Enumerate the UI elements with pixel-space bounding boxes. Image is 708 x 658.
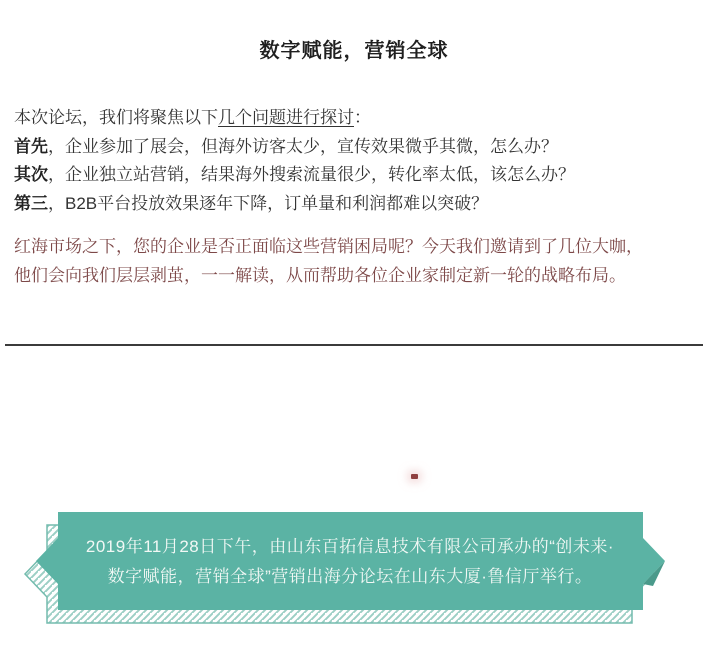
article-page: 数字赋能，营销全球 本次论坛，我们将聚焦以下几个问题进行探讨： 首先，企业参加了… — [0, 0, 708, 658]
summary-line-1: 红海市场之下，您的企业是否正面临这些营销困局呢？今天我们邀请到了几位大咖， — [14, 233, 700, 262]
section-divider — [5, 344, 703, 346]
point-label-second: 其次 — [14, 165, 48, 184]
point-text-first: ，企业参加了展会，但海外访客太少，宣传效果微乎其微，怎么办？ — [48, 137, 558, 156]
point-label-first: 首先 — [14, 137, 48, 156]
summary-line-2: 他们会向我们层层剥茧，一一解读，从而帮助各位企业家制定新一轮的战略布局。 — [14, 262, 700, 291]
point-line-first: 首先，企业参加了展会，但海外访客太少，宣传效果微乎其微，怎么办？ — [14, 133, 700, 162]
intro-underlined-text: 几个问题进行探讨 — [218, 108, 354, 127]
intro-colon: ： — [354, 108, 371, 127]
intro-prefix: 本次论坛，我们将聚焦以下 — [14, 108, 218, 127]
point-line-second: 其次，企业独立站营销，结果海外搜索流量很少，转化率太低，该怎么办？ — [14, 161, 700, 190]
banner-text: 2019年11月28日下午，由山东百拓信息技术有限公司承办的“创未来· 数字赋能… — [40, 532, 660, 592]
page-title: 数字赋能，营销全球 — [0, 34, 708, 63]
point-text-third: ，B2B平台投放效果逐年下降，订单量和利润都难以突破？ — [48, 194, 488, 213]
point-line-third: 第三，B2B平台投放效果逐年下降，订单量和利润都难以突破？ — [14, 190, 700, 219]
red-dot — [411, 474, 418, 479]
banner-line-1: 2019年11月28日下午，由山东百拓信息技术有限公司承办的“创未来· — [40, 532, 660, 562]
point-label-third: 第三 — [14, 194, 48, 213]
point-text-second: ，企业独立站营销，结果海外搜索流量很少，转化率太低，该怎么办？ — [48, 165, 575, 184]
summary-paragraph: 红海市场之下，您的企业是否正面临这些营销困局呢？今天我们邀请到了几位大咖， 他们… — [14, 233, 700, 290]
intro-paragraph: 本次论坛，我们将聚焦以下几个问题进行探讨： 首先，企业参加了展会，但海外访客太少… — [14, 104, 700, 218]
banner-line-2: 数字赋能，营销全球”营销出海分论坛在山东大厦·鲁信厅举行。 — [40, 562, 660, 592]
intro-line: 本次论坛，我们将聚焦以下几个问题进行探讨： — [14, 104, 700, 133]
